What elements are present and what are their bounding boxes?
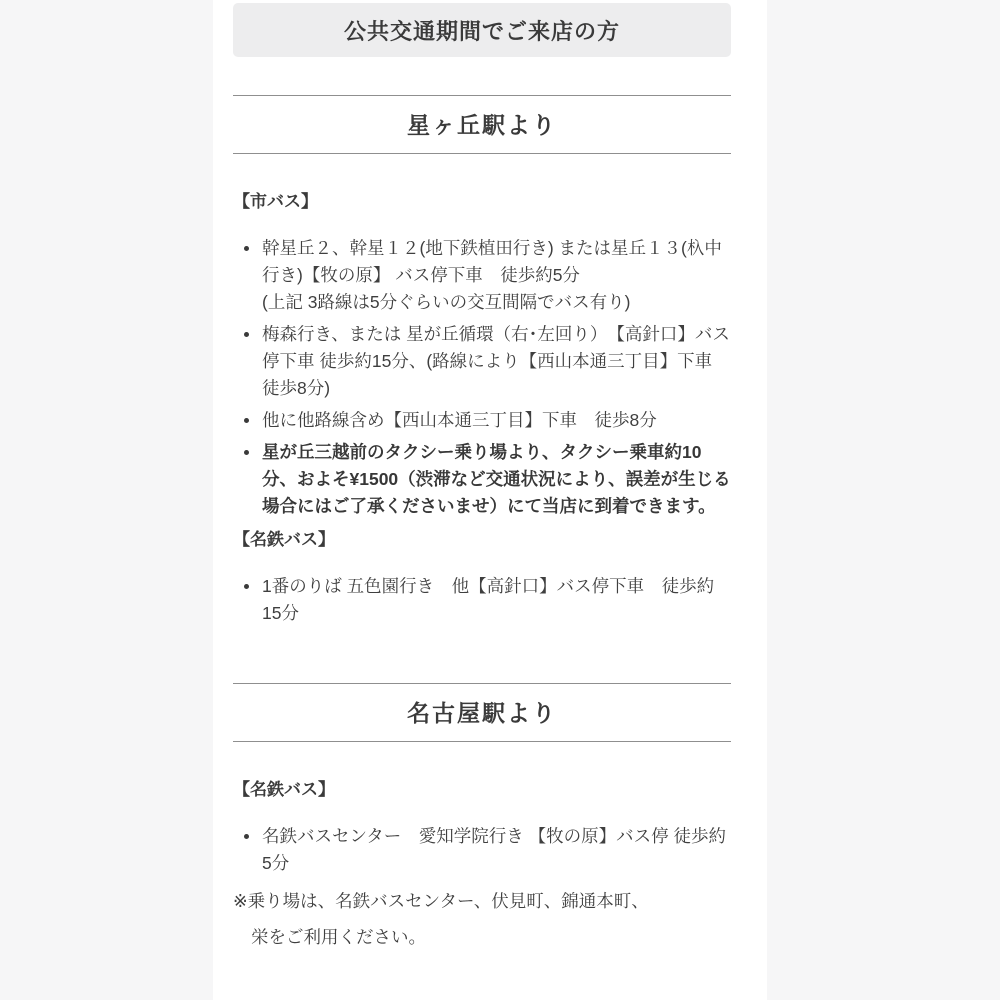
- divider: [233, 153, 731, 154]
- list-item: 名鉄バスセンター 愛知学院行き 【牧の原】バス停 徒歩約5分: [233, 823, 731, 877]
- note-line-1: ※乗り場は、名鉄バスセンター、伏見町、錦通本町、: [233, 889, 731, 913]
- list-item: 梅森行き、または 星が丘循環（右･左回り） 【高針口】バス停下車 徒歩約15分、…: [233, 321, 731, 402]
- page-background: 公共交通期間でご来店の方 星ヶ丘駅より 【市バス】 幹星丘２、幹星１２(地下鉄植…: [0, 0, 1000, 1000]
- bullet-icon: [244, 418, 249, 423]
- city-bus-list: 幹星丘２、幹星１２(地下鉄植田行き) または星丘１３(杁中行き)【牧の原】 バス…: [233, 235, 731, 520]
- list-item-taxi-note: 星が丘三越前のタクシー乗り場より、タクシー乗車約10分、およそ¥1500（渋滞な…: [233, 439, 731, 520]
- bullet-icon: [244, 332, 249, 337]
- section-header-nagoya: 名古屋駅より: [233, 683, 731, 742]
- list-item-text: 星が丘三越前のタクシー乗り場より、タクシー乗車約10分、およそ¥1500（渋滞な…: [262, 442, 731, 516]
- category-label-city-bus: 【市バス】: [233, 190, 731, 214]
- list-item: 1番のりば 五色園行き 他【高針口】バス停下車 徒歩約15分: [233, 573, 731, 627]
- nagoya-meitetsu-bus-list: 名鉄バスセンター 愛知学院行き 【牧の原】バス停 徒歩約5分: [233, 823, 731, 877]
- page-banner: 公共交通期間でご来店の方: [233, 3, 731, 57]
- list-item: 他に他路線含め【西山本通三丁目】下車 徒歩8分: [233, 407, 731, 434]
- section-title-hoshigaoka: 星ヶ丘駅より: [233, 96, 731, 153]
- divider: [233, 741, 731, 742]
- section-header-hoshigaoka: 星ヶ丘駅より: [233, 95, 731, 154]
- category-label-meitetsu-bus: 【名鉄バス】: [233, 528, 731, 552]
- category-label-meitetsu-bus-nagoya: 【名鉄バス】: [233, 778, 731, 802]
- meitetsu-bus-list: 1番のりば 五色園行き 他【高針口】バス停下車 徒歩約15分: [233, 573, 731, 627]
- banner-title: 公共交通期間でご来店の方: [344, 15, 620, 46]
- list-item-text: 名鉄バスセンター 愛知学院行き 【牧の原】バス停 徒歩約5分: [262, 826, 726, 873]
- bullet-icon: [244, 246, 249, 251]
- list-item: 幹星丘２、幹星１２(地下鉄植田行き) または星丘１３(杁中行き)【牧の原】 バス…: [233, 235, 731, 316]
- note-line-2: 栄をご利用ください。: [233, 925, 731, 949]
- boarding-point-note: ※乗り場は、名鉄バスセンター、伏見町、錦通本町、 栄をご利用ください。: [233, 889, 731, 949]
- bullet-icon: [244, 584, 249, 589]
- list-item-text: 1番のりば 五色園行き 他【高針口】バス停下車 徒歩約15分: [262, 576, 714, 623]
- content-card: 公共交通期間でご来店の方 星ヶ丘駅より 【市バス】 幹星丘２、幹星１２(地下鉄植…: [213, 0, 767, 1000]
- section-title-nagoya: 名古屋駅より: [233, 684, 731, 741]
- list-item-text: 他に他路線含め【西山本通三丁目】下車 徒歩8分: [262, 410, 657, 430]
- bullet-icon: [244, 834, 249, 839]
- list-item-text: 幹星丘２、幹星１２(地下鉄植田行き) または星丘１３(杁中行き)【牧の原】 バス…: [262, 238, 722, 312]
- bullet-icon: [244, 450, 249, 455]
- list-item-text: 梅森行き、または 星が丘循環（右･左回り） 【高針口】バス停下車 徒歩約15分、…: [262, 324, 730, 398]
